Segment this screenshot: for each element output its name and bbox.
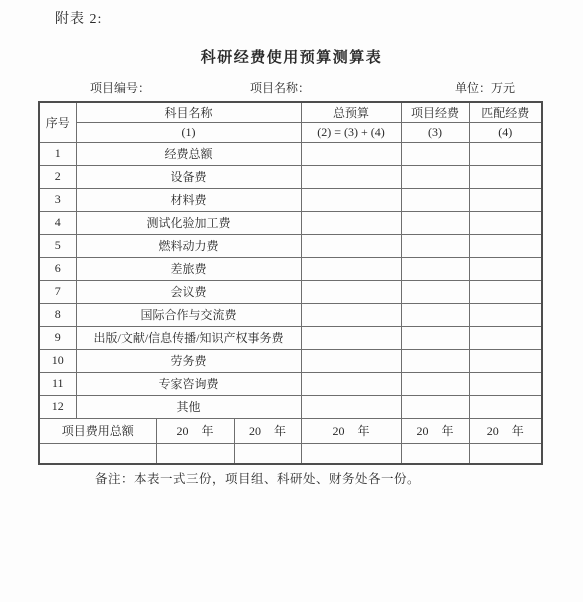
header-serial: 序号	[39, 102, 76, 142]
cell-total-budget	[301, 280, 401, 303]
cell-matching-funds	[469, 234, 542, 257]
header-subject-name-sub: (1)	[76, 122, 301, 142]
header-project-funds-sub: (3)	[401, 122, 469, 142]
page-title: 科研经费使用预算测算表	[0, 46, 583, 67]
project-name-label: 项目名称：	[250, 79, 310, 96]
header-matching-funds-sub: (4)	[469, 122, 542, 142]
cell-matching-funds	[469, 280, 542, 303]
cell-matching-funds	[469, 188, 542, 211]
year-cell: 20 年	[234, 418, 301, 443]
note-text: 备注：本表一式三份，项目组、科研处、财务处各一份。	[95, 469, 420, 487]
row-subject-name: 国际合作与交流费	[76, 303, 301, 326]
row-serial: 4	[39, 211, 76, 234]
cell-project-funds	[401, 165, 469, 188]
blank-cell	[39, 443, 156, 464]
row-subject-name: 差旅费	[76, 257, 301, 280]
cell-project-funds	[401, 372, 469, 395]
blank-cell	[301, 443, 401, 464]
blank-cell	[401, 443, 469, 464]
cell-matching-funds	[469, 326, 542, 349]
header-total-budget: 总预算	[301, 102, 401, 122]
table-row: 2 设备费	[39, 165, 542, 188]
table-row: 1 经费总额	[39, 142, 542, 165]
budget-table: 序号 科目名称 总预算 项目经费 匹配经费 (1) (2) = (3) + (4…	[38, 101, 543, 465]
cell-project-funds	[401, 188, 469, 211]
header-total-budget-sub: (2) = (3) + (4)	[301, 122, 401, 142]
table-row: 10 劳务费	[39, 349, 542, 372]
row-serial: 3	[39, 188, 76, 211]
row-subject-name: 会议费	[76, 280, 301, 303]
unit-label: 单位：万元	[455, 79, 515, 96]
cell-matching-funds	[469, 257, 542, 280]
header-row-2: (1) (2) = (3) + (4) (3) (4)	[39, 122, 542, 142]
row-subject-name: 出版/文献/信息传播/知识产权事务费	[76, 326, 301, 349]
row-serial: 8	[39, 303, 76, 326]
header-project-funds: 项目经费	[401, 102, 469, 122]
cell-matching-funds	[469, 303, 542, 326]
cell-total-budget	[301, 395, 401, 418]
cell-matching-funds	[469, 372, 542, 395]
row-subject-name: 劳务费	[76, 349, 301, 372]
cell-matching-funds	[469, 211, 542, 234]
cell-total-budget	[301, 257, 401, 280]
year-cell: 20 年	[469, 418, 542, 443]
cell-matching-funds	[469, 142, 542, 165]
row-subject-name: 专家咨询费	[76, 372, 301, 395]
row-serial: 12	[39, 395, 76, 418]
cell-total-budget	[301, 165, 401, 188]
cell-total-budget	[301, 349, 401, 372]
cell-project-funds	[401, 234, 469, 257]
cell-total-budget	[301, 142, 401, 165]
year-cell: 20 年	[301, 418, 401, 443]
row-subject-name: 测试化验加工费	[76, 211, 301, 234]
table-row: 5 燃料动力费	[39, 234, 542, 257]
footer-total-label: 项目费用总额	[39, 418, 156, 443]
row-subject-name: 经费总额	[76, 142, 301, 165]
cell-matching-funds	[469, 165, 542, 188]
table-row: 9 出版/文献/信息传播/知识产权事务费	[39, 326, 542, 349]
footer-blank-row	[39, 443, 542, 464]
row-subject-name: 设备费	[76, 165, 301, 188]
cell-project-funds	[401, 211, 469, 234]
header-subject-name: 科目名称	[76, 102, 301, 122]
header-matching-funds: 匹配经费	[469, 102, 542, 122]
cell-project-funds	[401, 303, 469, 326]
row-serial: 5	[39, 234, 76, 257]
cell-total-budget	[301, 234, 401, 257]
header-row-1: 序号 科目名称 总预算 项目经费 匹配经费	[39, 102, 542, 122]
cell-total-budget	[301, 211, 401, 234]
appendix-label: 附表 2:	[55, 8, 102, 28]
cell-total-budget	[301, 303, 401, 326]
row-subject-name: 燃料动力费	[76, 234, 301, 257]
table-row: 7 会议费	[39, 280, 542, 303]
row-serial: 11	[39, 372, 76, 395]
cell-project-funds	[401, 326, 469, 349]
table-row: 12 其他	[39, 395, 542, 418]
cell-total-budget	[301, 372, 401, 395]
year-cell: 20 年	[156, 418, 234, 443]
row-serial: 1	[39, 142, 76, 165]
table-row: 11 专家咨询费	[39, 372, 542, 395]
row-serial: 9	[39, 326, 76, 349]
blank-cell	[156, 443, 234, 464]
blank-cell	[234, 443, 301, 464]
row-serial: 10	[39, 349, 76, 372]
cell-matching-funds	[469, 395, 542, 418]
cell-total-budget	[301, 326, 401, 349]
cell-project-funds	[401, 280, 469, 303]
table-row: 6 差旅费	[39, 257, 542, 280]
row-subject-name: 材料费	[76, 188, 301, 211]
cell-project-funds	[401, 349, 469, 372]
cell-matching-funds	[469, 349, 542, 372]
row-serial: 7	[39, 280, 76, 303]
row-serial: 6	[39, 257, 76, 280]
row-serial: 2	[39, 165, 76, 188]
year-cell: 20 年	[401, 418, 469, 443]
table-row: 3 材料费	[39, 188, 542, 211]
footer-total-row: 项目费用总额 20 年 20 年 20 年 20 年 20 年	[39, 418, 542, 443]
cell-project-funds	[401, 142, 469, 165]
blank-cell	[469, 443, 542, 464]
cell-project-funds	[401, 395, 469, 418]
project-number-label: 项目编号：	[90, 79, 150, 96]
document-page: 附表 2: 科研经费使用预算测算表 项目编号： 项目名称： 单位：万元 序号 科…	[0, 0, 583, 602]
cell-total-budget	[301, 188, 401, 211]
cell-project-funds	[401, 257, 469, 280]
row-subject-name: 其他	[76, 395, 301, 418]
table-row: 4 测试化验加工费	[39, 211, 542, 234]
table-row: 8 国际合作与交流费	[39, 303, 542, 326]
